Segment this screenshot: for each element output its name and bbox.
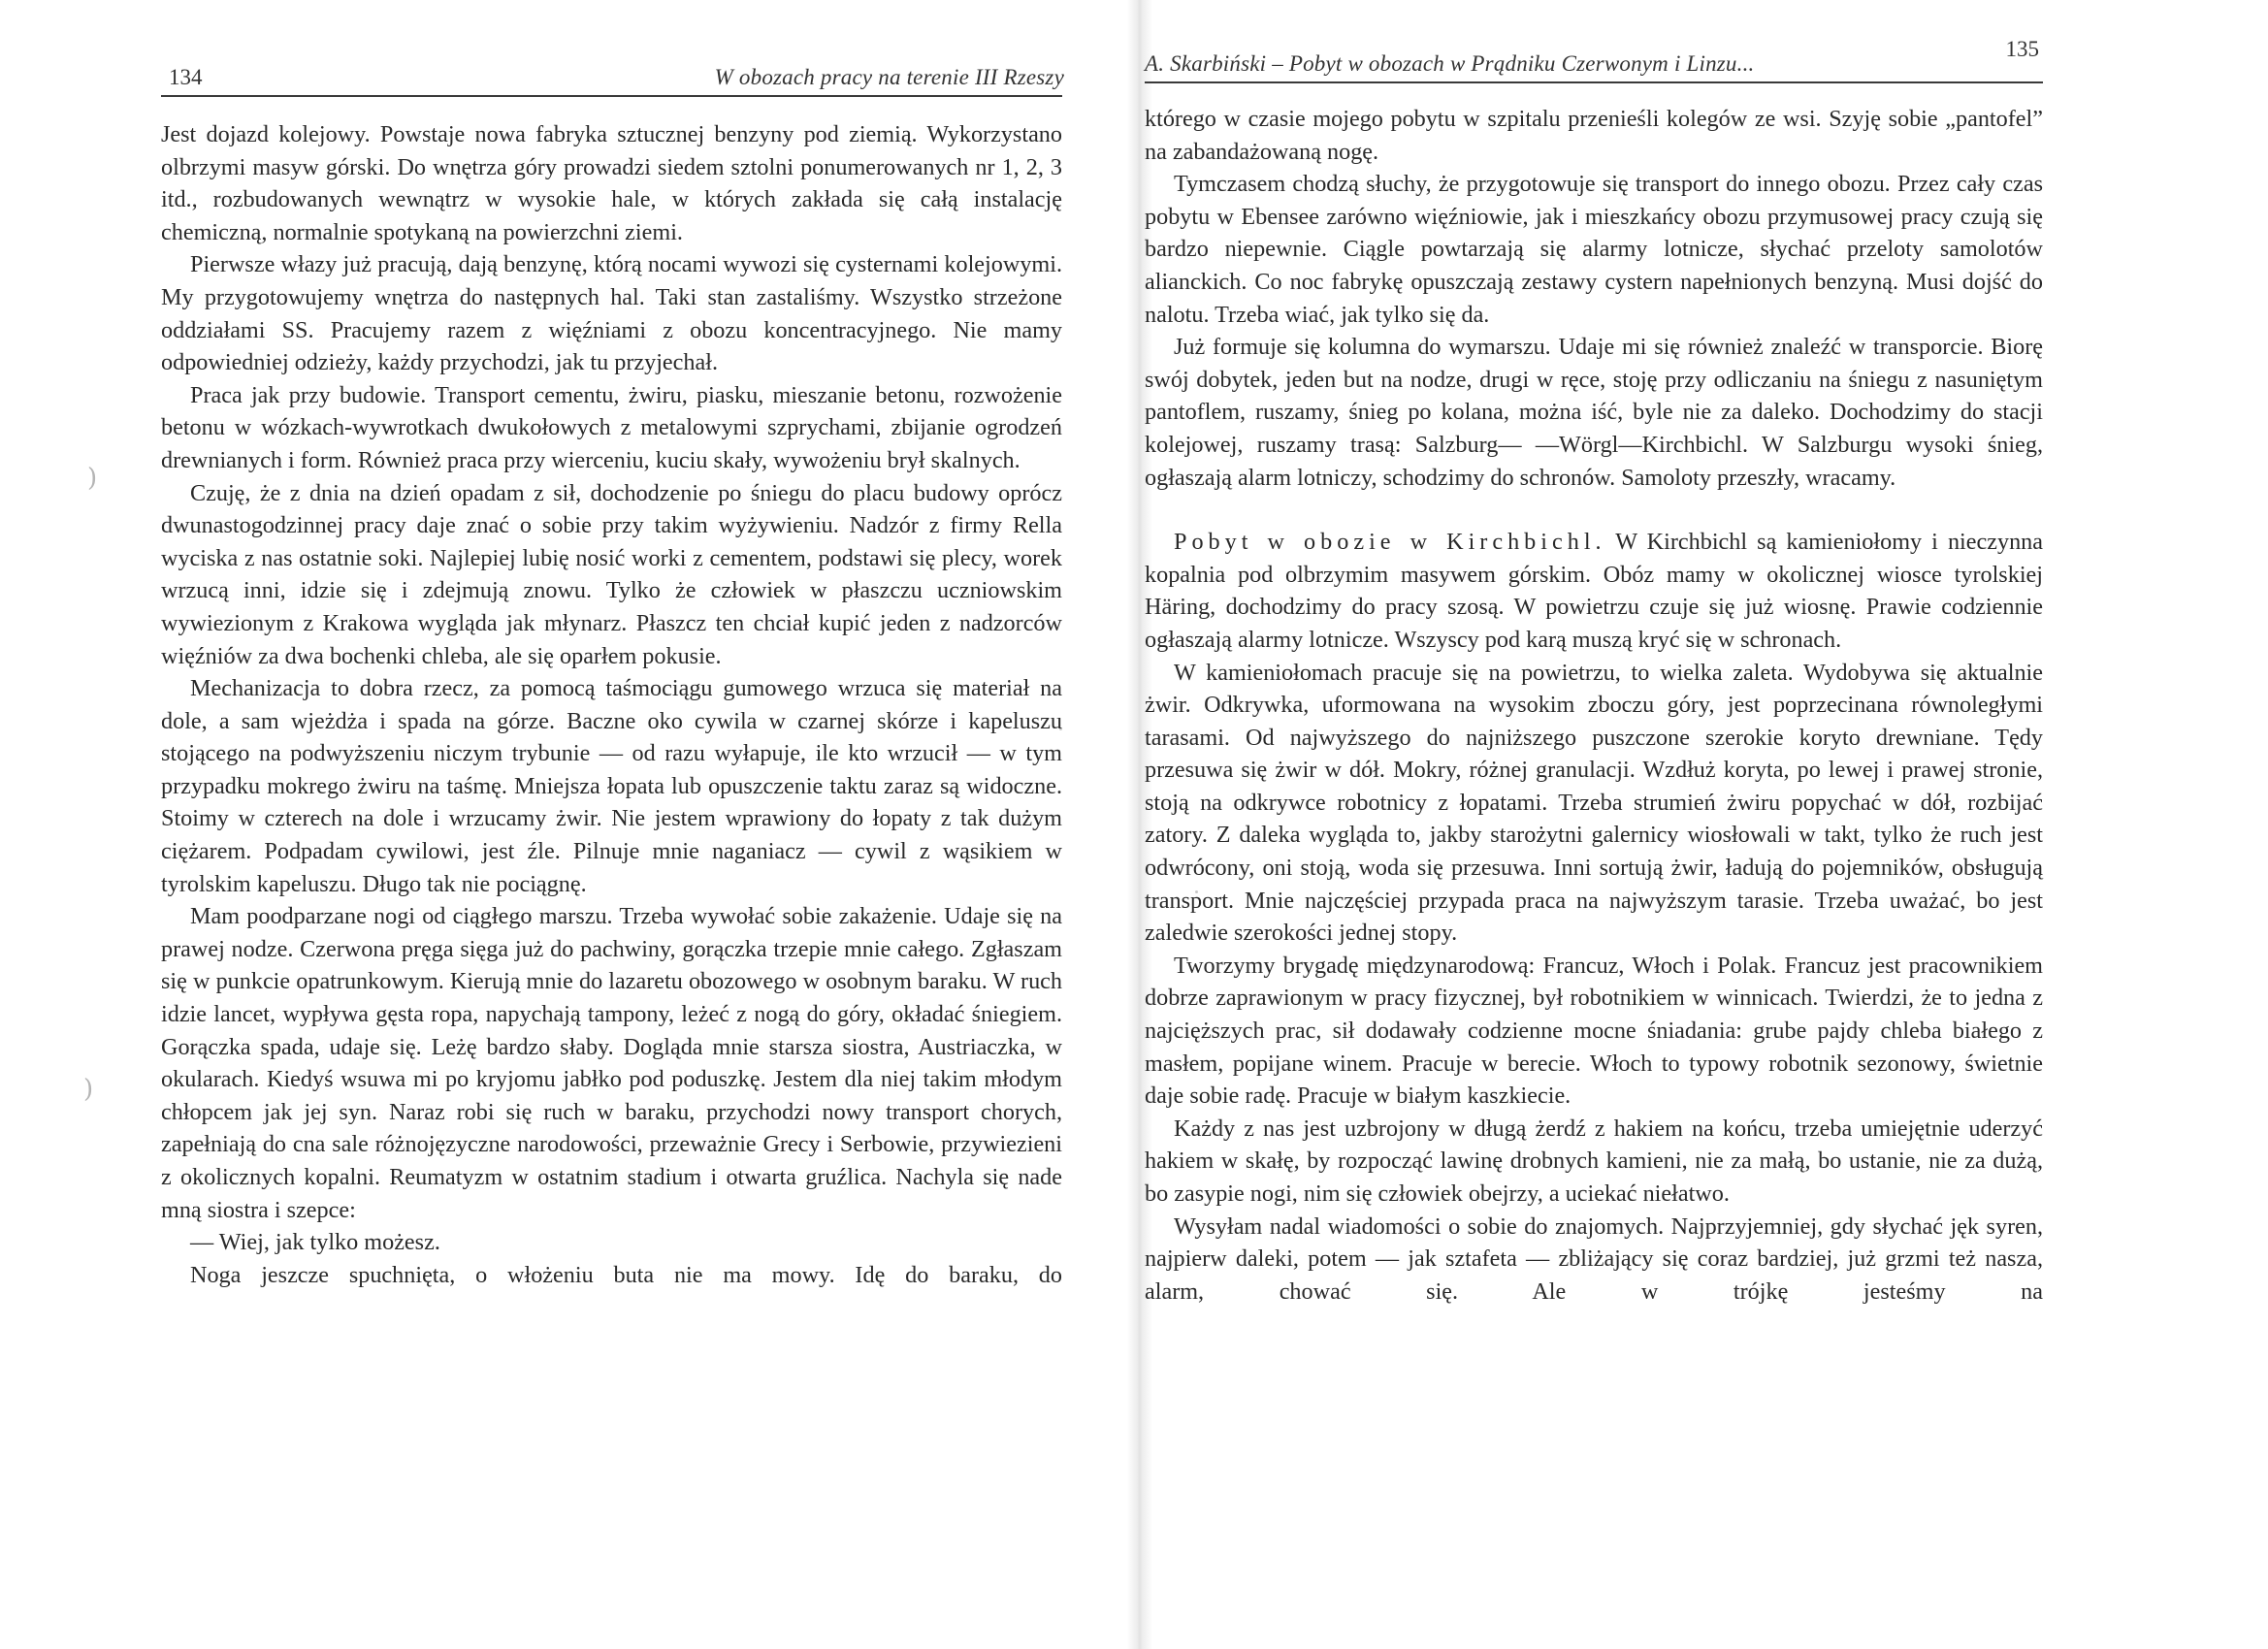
page-134: 134 W obozach pracy na terenie III Rzesz… (161, 0, 1062, 1291)
section-heading: Pobyt w obozie w Kirchbichl. (1174, 529, 1606, 555)
page-number: 135 (2006, 37, 2040, 62)
paragraph: Mechanizacja to dobra rzecz, za pomocą t… (161, 672, 1062, 900)
dialogue-line: — Wiej, jak tylko możesz. (161, 1226, 1062, 1259)
body-text-left: Jest dojazd kolejowy. Powstaje nowa fabr… (161, 118, 1062, 1291)
paragraph: Czuję, że z dnia na dzień opadam z sił, … (161, 477, 1062, 673)
paragraph: Jest dojazd kolejowy. Powstaje nowa fabr… (161, 118, 1062, 248)
margin-mark: ) (87, 464, 97, 493)
section-paragraph: Pobyt w obozie w Kirchbichl. W Kirchbich… (1145, 526, 2043, 656)
paragraph: Wysyłam nadal wiadomości o sobie do znaj… (1145, 1211, 2043, 1309)
page-number: 134 (169, 65, 203, 90)
book-spread: ) ) 134 W obozach pracy na terenie III R… (0, 0, 2268, 1649)
paragraph: Pierwsze włazy już pracują, dają benzynę… (161, 248, 1062, 378)
running-head-title: W obozach pracy na terenie III Rzeszy (715, 65, 1064, 90)
running-head-title: A. Skarbiński – Pobyt w obozach w Prądni… (1145, 51, 1754, 77)
body-text-right: którego w czasie mojego pobytu w szpital… (1145, 103, 2043, 1308)
paragraph: którego w czasie mojego pobytu w szpital… (1145, 103, 2043, 168)
paragraph: Każdy z nas jest uzbrojony w długą żerdź… (1145, 1113, 2043, 1211)
page-135: A. Skarbiński – Pobyt w obozach w Prądni… (1145, 0, 2043, 1308)
paragraph: Tworzymy brygadę międzynarodową: Francuz… (1145, 950, 2043, 1113)
margin-mark: ) (83, 1075, 93, 1104)
paragraph: Tymczasem chodzą słuchy, że przygotowuje… (1145, 168, 2043, 331)
paragraph: Praca jak przy budowie. Transport cement… (161, 379, 1062, 477)
running-head-right: A. Skarbiński – Pobyt w obozach w Prądni… (1145, 37, 2043, 83)
paragraph: Noga jeszcze spuchnięta, o włożeniu buta… (161, 1259, 1062, 1292)
running-head-left: 134 W obozach pracy na terenie III Rzesz… (161, 50, 1062, 97)
paragraph: Mam poodparzane nogi od ciągłego marszu.… (161, 900, 1062, 1226)
paragraph: W kamieniołomach pracuje się na powietrz… (1145, 657, 2043, 950)
paragraph: Już formuje się kolumna do wymarszu. Uda… (1145, 331, 2043, 494)
